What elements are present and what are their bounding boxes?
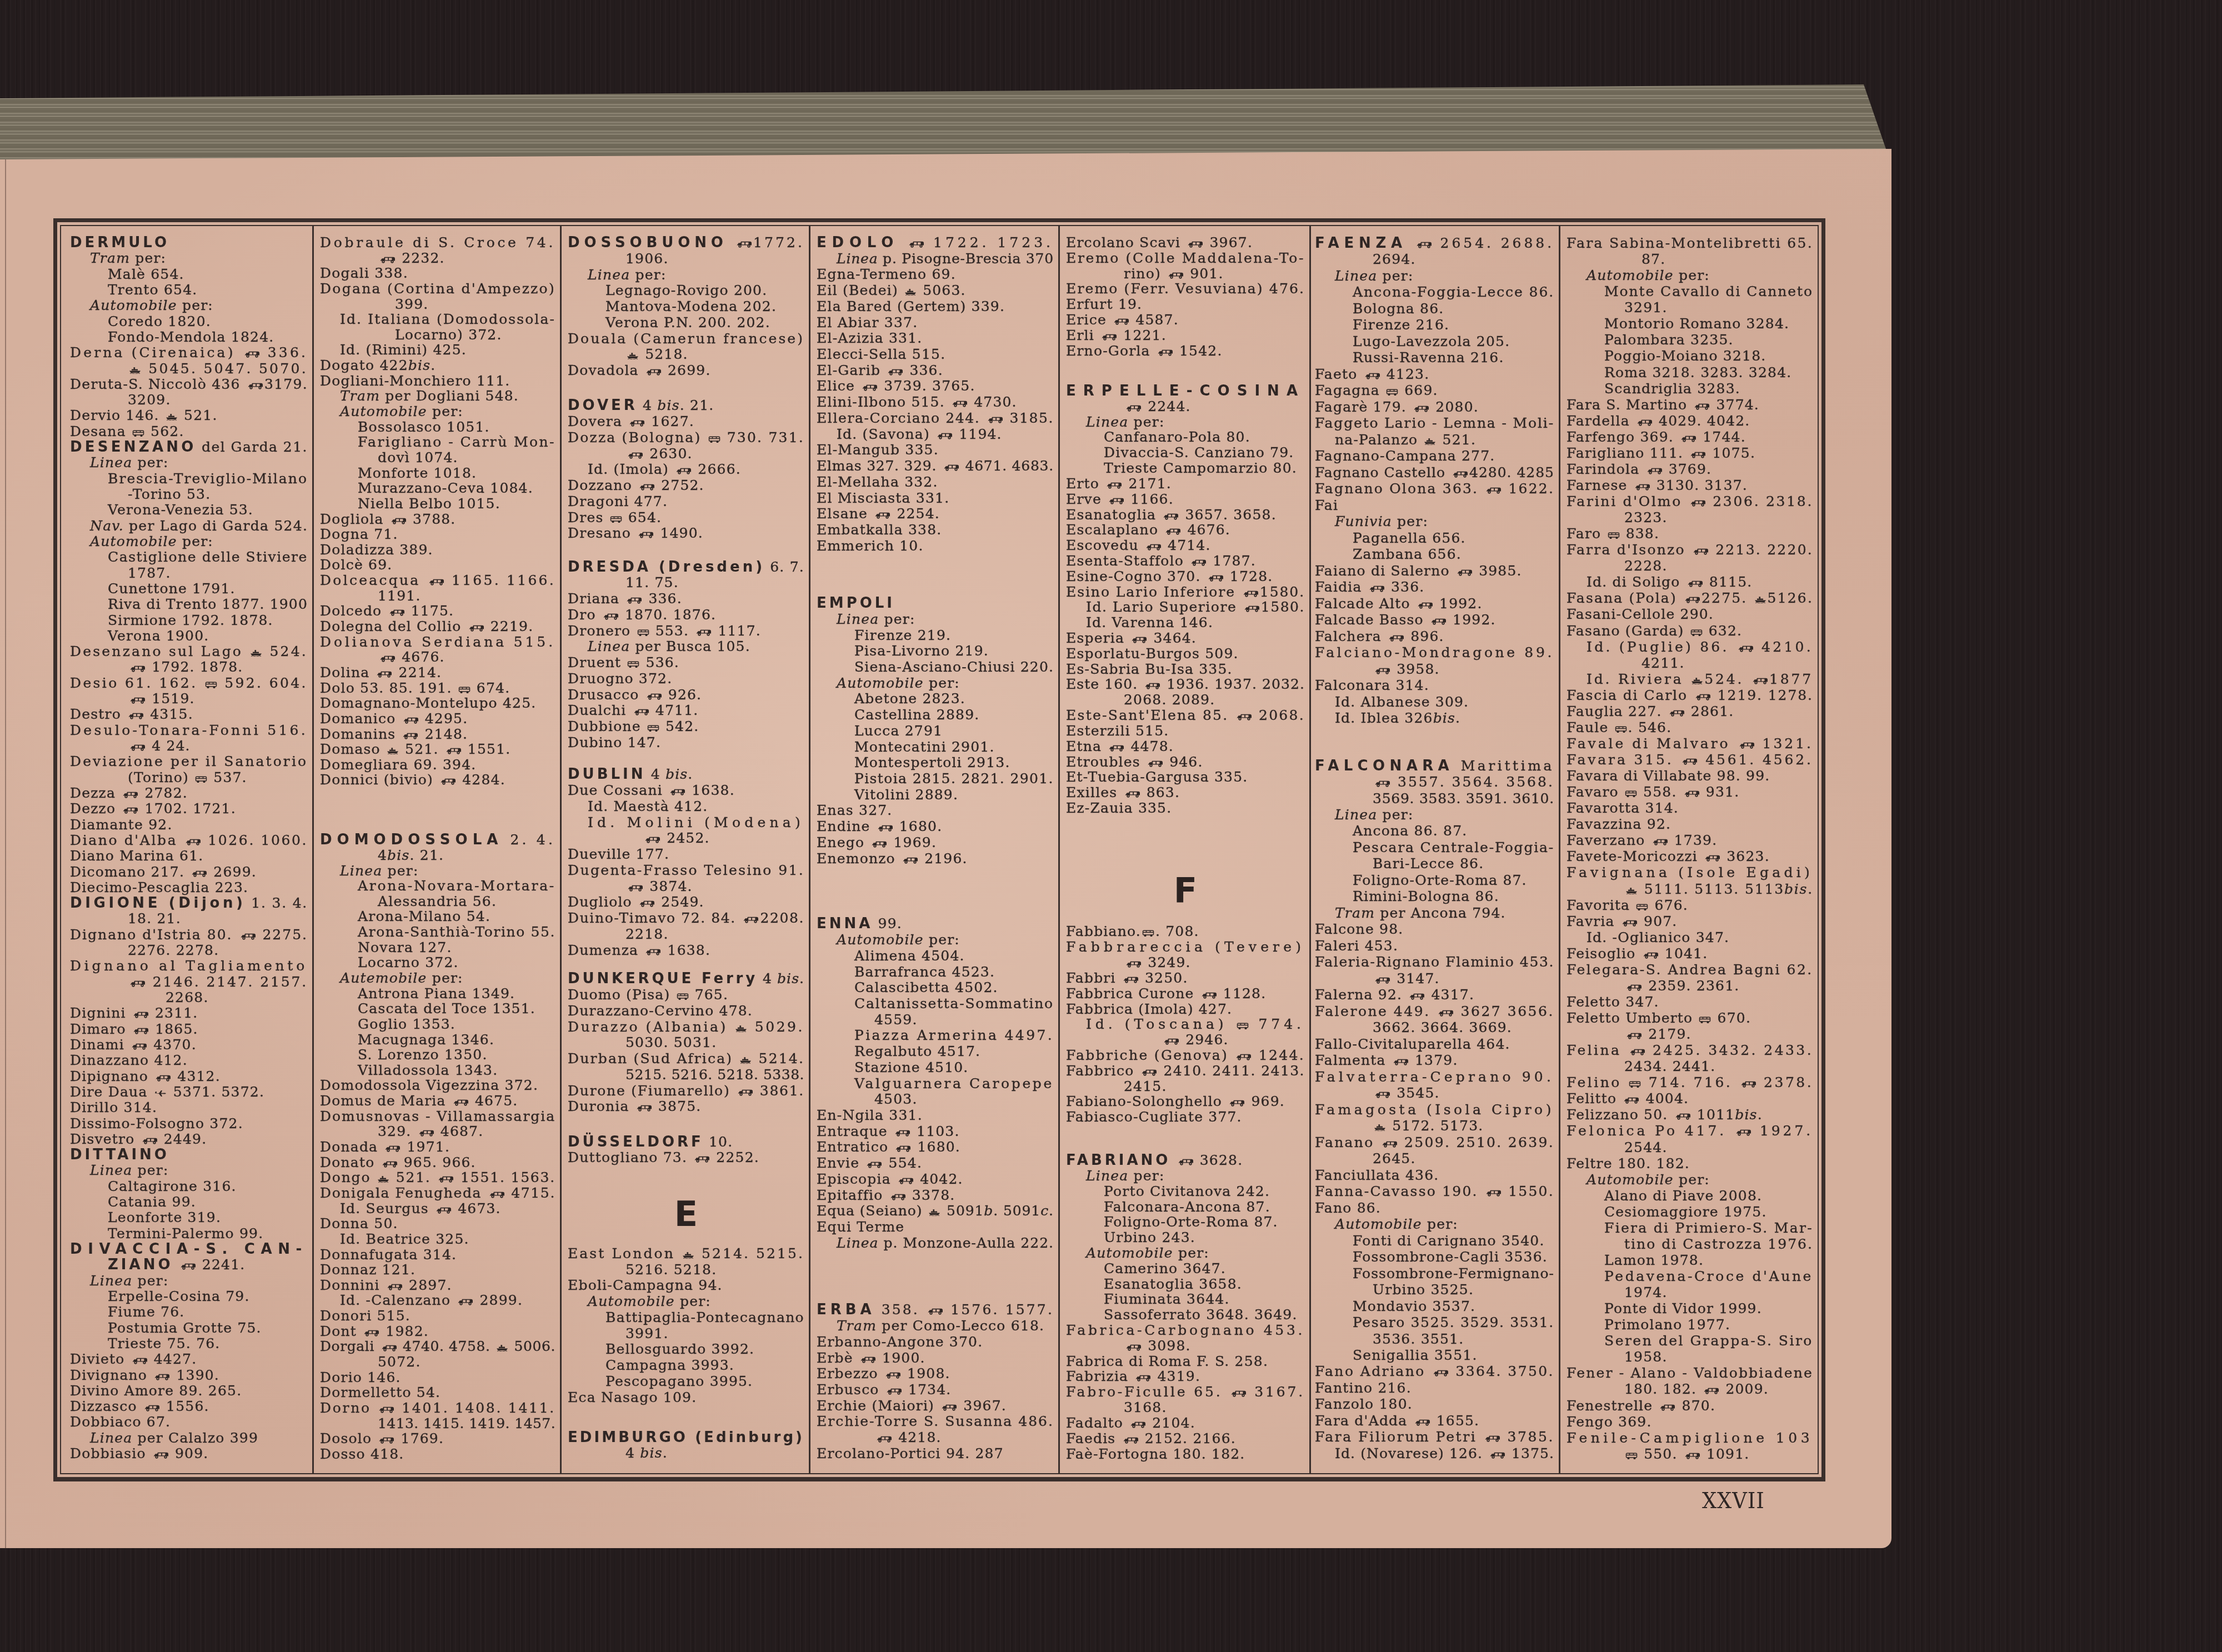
entry-text: 2946.	[1180, 1032, 1229, 1048]
line-content: Urbino 3525.	[1373, 1281, 1474, 1298]
bus-icon	[1432, 1369, 1449, 1376]
line-content: Dezza 2782.	[70, 785, 188, 801]
entry-text: 896.	[1405, 628, 1444, 644]
entry-text: Desulo-Tonara-Fonni 516.	[70, 722, 308, 738]
index-subline: Valguarnera Caropepe	[817, 1076, 1054, 1092]
entry-text: Erbè	[817, 1350, 858, 1366]
index-subline: Stazione 4510.	[817, 1060, 1054, 1076]
entry-text: 2219.	[486, 618, 534, 634]
entry-text: Verona 1900.	[108, 628, 209, 644]
entry-text: 6. 7.	[765, 559, 804, 575]
entry-text: Roma 3218. 3283. 3284.	[1604, 364, 1791, 381]
entry-text: El-Azizia 331.	[817, 330, 922, 346]
line-content: Dolceacqua 1165. 1166.	[320, 573, 555, 588]
italic-label: Linea	[1335, 268, 1377, 284]
bus-icon	[637, 531, 654, 538]
entry-text: 1992.	[1448, 612, 1496, 628]
italic-label: Funivia	[1335, 513, 1392, 529]
line-content: Id. Iblea 326bis.	[1335, 710, 1460, 726]
line-content: 2179.	[1624, 1026, 1691, 1042]
entry-text: . 5091	[993, 1203, 1040, 1219]
entry-text: 1655.	[1432, 1413, 1480, 1429]
index-entry: Durazzano-Cervino 478.	[568, 1003, 804, 1019]
entry-text: Id. Iblea 326	[1335, 710, 1433, 726]
index-entry: Falcade Basso 1992.	[1315, 612, 1554, 628]
index-entry: Domanins 2148.	[320, 727, 555, 742]
entry-text: El-Mangub 335.	[817, 442, 939, 458]
index-entry: Due Cossani 1638.	[568, 783, 804, 799]
index-entry: Dovera 1627.	[568, 414, 804, 430]
index-entry: Favorita 676.	[1567, 897, 1813, 913]
index-subline: Alessandria 56.	[320, 894, 555, 909]
entry-text: 1744.	[1698, 429, 1746, 445]
index-entry: Ez-Zauia 335.	[1066, 800, 1305, 816]
index-entry: Exilles 863.	[1066, 785, 1305, 800]
line-content: Poggio-Moiano 3218.	[1604, 348, 1766, 364]
entry-text: Eremo (Ferr. Vesuviana) 476.	[1066, 281, 1305, 297]
line-content: Dolianova Serdiana 515.	[320, 634, 555, 650]
entry-text: Malè 654.	[108, 266, 184, 282]
entry-text: Zambana 656.	[1353, 546, 1462, 562]
index-entry: FABRIANO 3628.	[1066, 1153, 1305, 1168]
index-subline: Id. (Savona) 1194.	[817, 427, 1054, 443]
entry-text: 1194.	[954, 426, 1002, 442]
entry-text: 2861.	[1686, 703, 1734, 719]
line-content: Fanna-Cavasso 190. 1550.	[1315, 1183, 1554, 1199]
entry-text: Dubino 147.	[568, 734, 661, 750]
index-subline: Id. -Oglianico 347.	[1567, 929, 1813, 945]
index-entry: DUNKERQUE Ferry 4 bis.	[568, 971, 804, 987]
index-entry: Dire Daua 5371. 5372.	[70, 1084, 308, 1100]
line-content: Linea per:	[340, 863, 419, 879]
entry-text: Fara S. Martino	[1567, 397, 1692, 413]
bus-icon	[644, 836, 660, 843]
entry-text: Dolina	[320, 664, 374, 680]
entry-text: 1927.	[1753, 1123, 1813, 1139]
italic-label: Automobile	[588, 1293, 675, 1309]
line-content: Senigallia 3551.	[1353, 1347, 1478, 1363]
index-entry: Ellera-Corciano 244. 3185.	[817, 411, 1054, 427]
entry-text: 1870. 1876.	[620, 607, 716, 623]
entry-text: 8115.	[1704, 574, 1753, 590]
bus-icon	[1108, 497, 1124, 504]
bus-icon	[889, 1193, 906, 1200]
index-entry: DESENZANO del Garda 21.	[70, 439, 308, 455]
index-subline: Urbino 243.	[1066, 1230, 1305, 1245]
entry-text: 553.	[650, 623, 694, 639]
entry-text: Fiuminata 3644.	[1104, 1291, 1230, 1307]
line-content: Envie 554.	[817, 1155, 922, 1172]
bus-icon	[1668, 709, 1685, 717]
line-content: Dogato 422bis.	[320, 358, 436, 373]
line-content: Et-Tuebia-Gargusa 335.	[1066, 769, 1248, 785]
entry-text: Arona-Milano 54.	[358, 908, 491, 924]
line-content: Desana 562.	[70, 424, 184, 439]
line-content: Linea per:	[588, 267, 667, 283]
entry-text: Falvaterra-Ceprano 90.	[1315, 1069, 1554, 1085]
entry-text: Dumenza	[568, 942, 643, 958]
index-entry: Fanciullata 436.	[1315, 1167, 1554, 1183]
entry-text: Doladizza 389.	[320, 542, 433, 558]
index-subline: Legnago-Rovigo 200.	[568, 283, 804, 299]
line-content: 4 bis.	[625, 1445, 668, 1461]
entry-text: 5111. 5113. 5113	[1639, 881, 1784, 897]
index-entry: Ercolano-Portici 94. 287	[817, 1446, 1054, 1462]
index-subline: Trieste Campomarzio 80.	[1066, 460, 1305, 476]
index-subline: Automobile per:	[1315, 1216, 1554, 1232]
entry-text: Disvetro	[70, 1131, 140, 1147]
line-content: Erpelle-Cosina 79.	[108, 1289, 250, 1304]
bus-icon	[179, 1263, 196, 1270]
station-heading: DOSSOBUONO	[568, 234, 728, 251]
line-content: ERBA 358. 1576. 1577.	[817, 1302, 1054, 1318]
line-content: Abetone 2823.	[854, 691, 965, 707]
index-entry: Fagagna 669.	[1315, 382, 1554, 398]
bus-icon	[390, 517, 407, 524]
index-entry: Dissimo-Folsogno 372.	[70, 1116, 308, 1132]
line-content: ENNA 99.	[817, 916, 902, 932]
entry-text: Dirillo 314.	[70, 1099, 157, 1115]
entry-text: 4210.	[1755, 639, 1813, 655]
index-entry: Este-Sant'Elena 85. 2068.	[1066, 708, 1305, 723]
line-content: Fabrica-Carbognano 453.	[1066, 1323, 1305, 1338]
line-content: Dozzano 2752.	[568, 478, 704, 494]
bus-icon	[153, 1373, 170, 1380]
index-subline: 5045. 5047. 5070.	[70, 361, 308, 377]
line-content: 3147.	[1373, 970, 1440, 987]
index-subline: Novara 127.	[320, 940, 555, 955]
entry-text: 4 24.	[147, 738, 191, 754]
entry-text: Mantova-Modena 202.	[605, 298, 777, 314]
index-entry: Erfurt 19.	[1066, 297, 1305, 312]
bus-icon	[987, 416, 1003, 423]
index-subline: Linea per:	[1066, 1168, 1305, 1184]
line-content: Fara Sabina-Montelibretti 65.	[1567, 235, 1813, 251]
entry-text: per:	[132, 1273, 168, 1289]
entry-text: 1792. 1878.	[147, 659, 243, 675]
italic-label: bis	[387, 847, 409, 863]
bus-icon	[1623, 1097, 1639, 1104]
entry-text: Fagnano Olona 363.	[1315, 480, 1484, 497]
line-content: Murazzano-Ceva 1084.	[358, 480, 533, 496]
entry-text: 3250.	[1140, 970, 1188, 986]
entry-text: per:	[1674, 267, 1710, 283]
line-content: Verona P.N. 200. 202.	[605, 315, 770, 331]
index-subline: Id. (Toscana) 774.	[1066, 1017, 1305, 1032]
entry-text	[1170, 1152, 1175, 1168]
entry-text: 1865.	[150, 1021, 198, 1037]
index-subline: (Torino) 537.	[70, 770, 308, 785]
line-content: Porto Civitanova 242.	[1104, 1184, 1270, 1199]
index-entry: Favazzina 92.	[1567, 816, 1813, 832]
entry-text: Fagagna	[1315, 382, 1385, 398]
index-entry: Dolo 53. 85. 191. 674.	[320, 680, 555, 696]
line-content: Domegliara 69. 394.	[320, 757, 476, 773]
entry-text: Diano d'Alba	[70, 832, 183, 848]
entry-text: Leonforte 319.	[108, 1209, 221, 1225]
index-entry: Eremo (Ferr. Vesuviana) 476.	[1066, 281, 1305, 297]
line-content: Locarno) 372.	[395, 327, 502, 343]
entry-text: 5214. 5215.	[695, 1245, 804, 1261]
index-entry: Faedis 2152. 2166.	[1066, 1431, 1305, 1446]
bus-icon	[1692, 548, 1709, 555]
entry-text: East London	[568, 1245, 681, 1261]
line-content: DUBLIN 4 bis.	[568, 767, 693, 783]
entry-text: Montespertoli 2913.	[854, 754, 1010, 770]
line-content: El-Mangub 335.	[817, 442, 939, 458]
index-subline: Linea p. Pisogne-Brescia 370	[817, 251, 1054, 267]
line-content: Embatkalla 338.	[817, 522, 942, 538]
italic-label: Linea	[90, 1430, 132, 1446]
entry-text: 4740. 4758.	[398, 1338, 496, 1354]
bus-icon	[1740, 1080, 1756, 1088]
entry-text: Fabbrareccia (Tevere)	[1066, 939, 1305, 955]
index-subline: Bologna 86.	[1315, 301, 1554, 317]
line-content: Dres 654.	[568, 510, 662, 526]
index-entry: Driana 336.	[568, 591, 804, 607]
index-subline: Castiglione delle Stiviere	[70, 549, 308, 565]
entry-text: Donnafugata 314.	[320, 1246, 457, 1263]
index-entry: Dogna 71.	[320, 527, 555, 542]
line-content: Erice 4587.	[1066, 312, 1179, 328]
index-entry: Elecci-Sella 515.	[817, 347, 1054, 363]
entry-text: 2509. 2510. 2639.	[1399, 1134, 1554, 1150]
index-subline: Verona P.N. 200. 202.	[568, 315, 804, 331]
line-content: 550. 1091.	[1624, 1446, 1749, 1462]
index-column-3: DOSSOBUONO 1772.1906.Linea per:Legnago-R…	[562, 227, 809, 1473]
line-content: Fardella 4029. 4042.	[1567, 413, 1750, 429]
entry-text: 1627.	[646, 413, 694, 429]
entry-text: Fara d'Adda	[1315, 1413, 1413, 1429]
entry-text: Dugenta-Frasso Telesino 91.	[568, 862, 804, 878]
line-content: 2218.	[625, 927, 669, 943]
entry-text: Pistoia 2815. 2821. 2901.	[854, 770, 1054, 787]
line-content: Fabrizia 4319.	[1066, 1369, 1200, 1384]
entry-text: 1390.	[171, 1367, 219, 1383]
line-content: Battipaglia-Pontecagnano	[605, 1310, 804, 1326]
spacer	[568, 1238, 804, 1246]
entry-text: Coredo 1820.	[108, 313, 211, 329]
index-entry: ENNA 99.	[817, 916, 1054, 932]
line-content: Domusnovas - Villamassargia	[320, 1109, 555, 1124]
index-entry: Fanna-Cavasso 190. 1550.	[1315, 1183, 1554, 1199]
line-content: Ercolano-Portici 94. 287	[817, 1446, 1004, 1462]
index-entry: Durone (Fiumarello) 3861.	[568, 1083, 804, 1099]
bus-icon	[1381, 1140, 1398, 1148]
entry-text: 3249.	[1143, 954, 1191, 970]
index-subline: Fiume 76.	[70, 1304, 308, 1320]
bus-icon	[381, 1344, 397, 1351]
index-subline: 3098.	[1066, 1338, 1305, 1354]
index-subline: Coredo 1820.	[70, 314, 308, 329]
index-subline: Castellina 2889.	[817, 707, 1054, 723]
bus-icon	[129, 697, 146, 704]
line-content: Dissimo-Folsogno 372.	[70, 1116, 243, 1132]
entry-text: Ez-Zauia 335.	[1066, 800, 1172, 816]
entry-text: 521.	[1437, 432, 1476, 448]
entry-text: per:	[427, 403, 463, 419]
index-entry: Enemonzo 2196.	[817, 851, 1054, 867]
italic-label: Automobile	[837, 932, 924, 948]
line-content: Durban (Sud Africa) 5214.	[568, 1051, 804, 1067]
entry-text: Endine	[817, 818, 875, 834]
entry-text: Fanano	[1315, 1134, 1380, 1150]
line-content: Id. (Savona) 1194.	[837, 427, 1002, 443]
entry-text: 4673.	[453, 1200, 501, 1217]
entry-text: 838.	[1621, 525, 1660, 542]
line-content: 2228.	[1624, 558, 1668, 574]
index-subline: Divaccia-S. Canziano 79.	[1066, 445, 1305, 460]
index-entry: Fasano (Garda) 632.	[1567, 623, 1813, 639]
entry-text: Domus de Maria	[320, 1093, 451, 1109]
bus-icon	[418, 1129, 434, 1137]
entry-text: Fabbriche (Genova)	[1066, 1047, 1234, 1063]
entry-text: 1550.	[1503, 1183, 1554, 1199]
line-content: Domagnano-Montelupo 425.	[320, 695, 536, 711]
entry-text: Episcopia	[817, 1171, 896, 1187]
line-content: Fiuminata 3644.	[1104, 1291, 1230, 1307]
line-content: Id. -Calenzano 2899.	[340, 1293, 523, 1308]
index-subline: Fiera di Primiero-S. Mar-	[1567, 1220, 1813, 1236]
bus-icon	[122, 807, 138, 814]
index-subline: Caltanissetta-Sommatino	[817, 996, 1054, 1012]
line-content: Mondavio 3537.	[1353, 1298, 1475, 1314]
bus-icon	[884, 1371, 901, 1379]
bus-icon	[627, 884, 643, 892]
line-content: Erve 1166.	[1066, 492, 1174, 507]
entry-text: En-Ngila 331.	[817, 1107, 923, 1123]
bus-icon	[143, 1404, 160, 1411]
bus-icon	[122, 791, 138, 798]
index-subline: Monforte 1018.	[320, 465, 555, 481]
line-content: DITTAINO	[70, 1147, 169, 1163]
index-entry: Douala (Camerun francese)	[568, 331, 804, 347]
line-content: Firenze 216.	[1353, 317, 1449, 333]
entry-text: Donigala Fenugheda	[320, 1185, 487, 1201]
entry-text: Russi-Ravenna 216.	[1353, 349, 1504, 366]
entry-text: Niella Belbo 1015.	[358, 495, 501, 512]
line-content: Seren del Grappa-S. Siro	[1604, 1333, 1813, 1349]
entry-text: Falchera	[1315, 628, 1387, 644]
entry-text: Monforte 1018.	[358, 465, 477, 481]
entry-text: 1375.	[1507, 1445, 1554, 1461]
entry-text: Favarotta 314.	[1567, 800, 1679, 816]
entry-text: 4218.	[893, 1429, 942, 1445]
bus-icon	[936, 432, 953, 439]
entry-text: 926.	[663, 687, 702, 703]
line-content: Arona-Santhià-Torino 55.	[358, 924, 555, 940]
bus-icon	[132, 1011, 149, 1018]
line-content: Fadalto 2104.	[1066, 1415, 1195, 1431]
index-subline: Linea per:	[1066, 414, 1305, 430]
index-entry: Dipignano 4312.	[70, 1069, 308, 1084]
entry-text: Dovera	[568, 413, 627, 429]
index-subline: Id. Italiana (Domodossola-	[320, 312, 555, 327]
line-content: EMPOLI	[817, 595, 895, 612]
line-content: Dobbiasio 909.	[70, 1446, 208, 1461]
entry-text: Fossombrone-Fermignano-	[1353, 1265, 1554, 1281]
station-heading: EDOLO	[817, 234, 899, 251]
bus-icon	[1187, 241, 1203, 248]
entry-text: per Busca 105.	[630, 638, 750, 654]
bus-icon	[378, 1406, 394, 1413]
index-subline: 5218.	[568, 347, 804, 363]
line-content: Fanzolo 180.	[1315, 1396, 1413, 1412]
entry-text: 676.	[1649, 897, 1688, 913]
entry-text: Farindola	[1567, 461, 1645, 477]
index-subline: Automobile per:	[1567, 1172, 1813, 1188]
entry-text: Driana	[568, 590, 624, 607]
bus-icon	[635, 1104, 652, 1112]
line-content: Fondo-Mendola 1824.	[108, 329, 274, 345]
bus-icon	[1659, 1404, 1675, 1411]
entry-text: 4	[625, 1445, 640, 1461]
index-subline: 2268.	[70, 990, 308, 1005]
entry-text: Donada	[320, 1139, 383, 1155]
bus-icon	[468, 624, 484, 632]
entry-text: Verona-Venezia 53.	[108, 502, 253, 518]
line-content: Urbino 243.	[1104, 1230, 1195, 1245]
line-content: ERPELLE-COSINA	[1066, 383, 1305, 399]
italic-label: Automobile	[1587, 267, 1674, 283]
index-entry: Erbanno-Angone 370.	[817, 1334, 1054, 1350]
index-entry: Dinazzano 412.	[70, 1053, 308, 1068]
line-content: Fagarè 179. 2080.	[1315, 399, 1479, 415]
index-entry: Epitaffio 3378.	[817, 1188, 1054, 1204]
entry-text: .	[799, 970, 804, 987]
bus-icon	[1164, 528, 1181, 535]
index-entry: Fener - Alano - Valdobbiadene	[1567, 1365, 1813, 1381]
line-content: 5215. 5216. 5218. 5338.	[625, 1067, 804, 1083]
entry-text: Domodossola Vigezzina 372.	[320, 1077, 538, 1093]
bus-icon	[645, 368, 662, 376]
entry-text: Etna	[1066, 738, 1107, 754]
index-subline: Automobile per:	[1066, 1245, 1305, 1261]
line-content: Legnago-Rovigo 200.	[605, 283, 767, 299]
line-content: 4211.	[1642, 655, 1685, 671]
index-subline: Fossombrone-Fermignano-	[1315, 1265, 1554, 1281]
entry-text: 4319.	[1152, 1368, 1200, 1384]
line-content: 3291.	[1624, 299, 1668, 316]
line-content: Feletto Umberto 670.	[1567, 1010, 1751, 1026]
entry-text: del Garda 21.	[197, 439, 308, 455]
entry-text: Villadossola 1343.	[358, 1062, 498, 1078]
index-subline: 3249.	[1066, 955, 1305, 970]
index-entry: Equi Terme	[817, 1219, 1054, 1235]
entry-text: Fabrica di Roma F. S. 258.	[1066, 1353, 1268, 1369]
index-entry: Fasani-Cellole 290.	[1567, 606, 1813, 622]
index-subline: 18. 21.	[70, 911, 308, 927]
index-subline: Murazzano-Ceva 1084.	[320, 480, 555, 496]
entry-text: 3291.	[1624, 299, 1668, 316]
line-content: Ercolano Scavi 3967.	[1066, 235, 1253, 251]
bus-icon	[1243, 605, 1260, 612]
entry-text: 3662. 3664. 3669.	[1373, 1019, 1512, 1035]
bus-icon	[129, 980, 146, 987]
entry-text: Fabbiano.	[1066, 923, 1141, 939]
line-content: Fai	[1315, 497, 1338, 513]
bus-icon	[1621, 919, 1638, 927]
line-content: Roma 3218. 3283. 3284.	[1604, 364, 1791, 381]
entry-text: Stazione 4510.	[854, 1059, 969, 1075]
entry-text: Dignano al Tagliamento	[70, 958, 308, 974]
entry-text: 3167.	[1248, 1384, 1305, 1400]
bus-icon	[1144, 682, 1160, 689]
line-content: Linea per Busca 105.	[588, 639, 750, 655]
bus-icon	[874, 512, 890, 519]
line-content: -Torino 53.	[128, 487, 211, 502]
entry-text: 1166.	[1125, 491, 1174, 507]
